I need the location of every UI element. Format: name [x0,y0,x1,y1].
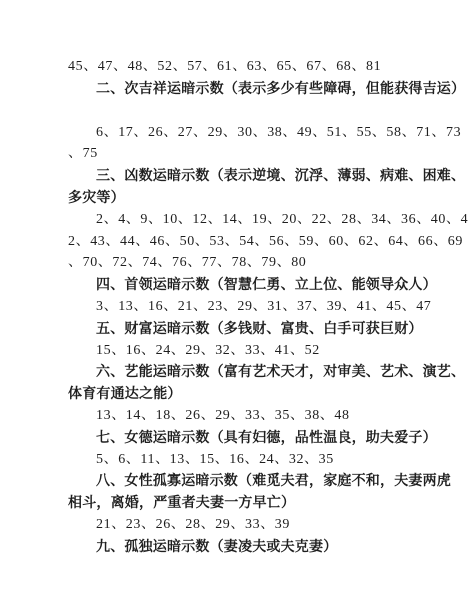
numbers-line: 、75 [68,143,450,165]
section-heading-line: 六、艺能运暗示数（富有艺术天才，对审美、艺术、演艺、 [68,361,450,383]
section-heading-line: 四、首领运暗示数（智慧仁勇、立上位、能领导众人） [68,274,450,296]
numbers-line: 、70、72、74、76、77、78、79、80 [68,252,450,274]
numbers-line: 21、23、26、28、29、33、39 [68,514,450,536]
section-heading-line: 三、凶数运暗示数（表示逆境、沉浮、薄弱、病难、困难、 [68,165,450,187]
numbers-line: 2、4、9、10、12、14、19、20、22、28、34、36、40、4 [68,209,450,231]
document-page: 45、47、48、52、57、61、63、65、67、68、81二、次吉祥运暗示… [0,0,474,613]
section-heading-line: 九、孤独运暗示数（妻凌夫或夫克妻） [68,536,450,558]
numbers-line: 5、6、11、13、15、16、24、32、35 [68,449,450,471]
numbers-line: 6、17、26、27、29、30、38、49、51、55、58、71、73 [68,122,450,144]
numbers-line: 2、43、44、46、50、53、54、56、59、60、62、64、66、69 [68,231,450,253]
section-heading-line: 八、女性孤寡运暗示数（难觅夫君，家庭不和，夫妻两虎 [68,470,450,492]
text-block: 45、47、48、52、57、61、63、65、67、68、81二、次吉祥运暗示… [68,56,450,558]
section-heading-line: 多灾等） [68,187,450,209]
section-heading-line: 五、财富运暗示数（多钱财、富贵、白手可获巨财） [68,318,450,340]
section-heading-line: 相斗，离婚，严重者夫妻一方早亡） [68,492,450,514]
numbers-line: 3、13、16、21、23、29、31、37、39、41、45、47 [68,296,450,318]
numbers-line: 15、16、24、29、32、33、41、52 [68,340,450,362]
section-heading-line: 体育有通达之能） [68,383,450,405]
numbers-line: 45、47、48、52、57、61、63、65、67、68、81 [68,56,450,78]
section-heading-line: 二、次吉祥运暗示数（表示多少有些障碍，但能获得吉运） [68,78,450,100]
numbers-line: 13、14、18、26、29、33、35、38、48 [68,405,450,427]
section-heading-line: 七、女德运暗示数（具有妇德，品性温良，助夫爱子） [68,427,450,449]
